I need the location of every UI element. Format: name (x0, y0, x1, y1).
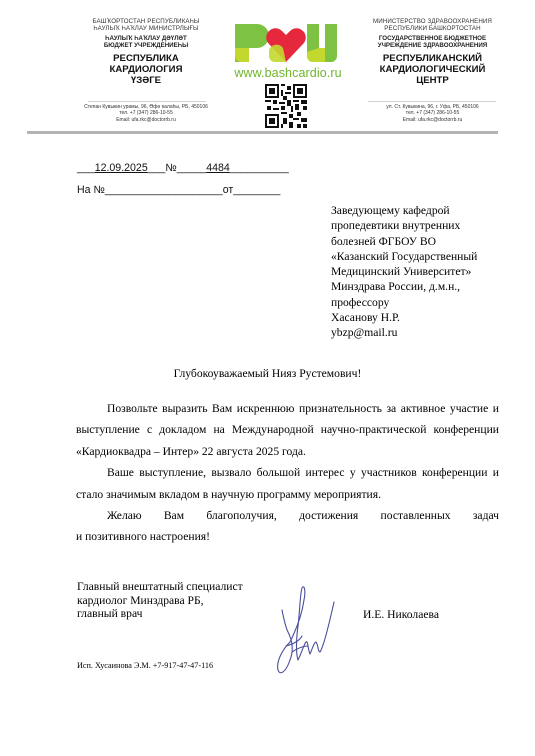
position-line: кардиолог Минздрава РБ, (77, 594, 243, 608)
position-line: главный врач (77, 607, 243, 621)
left-name-line3: ҮЗӘГЕ (66, 75, 226, 86)
body-paragraph: и позитивного настроения! (76, 526, 499, 547)
addressee-line: Медицинский Университет» (331, 264, 521, 279)
reply-number-blank: ____________________ (105, 184, 223, 196)
addressee-line: «Казанский Государственный (331, 249, 521, 264)
letterhead-bottom-bar (27, 131, 498, 134)
right-institution-line2: УЧРЕЖДЕНИЕ ЗДРАВООХРАНЕНИЯ (350, 42, 515, 49)
left-institution-line2: БЮДЖЕТ УЧРЕЖДЕНИЕҺЫ (66, 42, 226, 49)
addressee-line: Заведующему кафедрой (331, 203, 521, 218)
left-divider (88, 101, 206, 102)
letter-number: 4484 (206, 162, 230, 174)
letter-body: Позвольте выразить Вам искреннюю признат… (76, 398, 499, 548)
reply-label: На № (77, 184, 105, 196)
number-suffix-blank: __________ (230, 162, 289, 174)
addressee-line: Минздрава России, д.м.н., (331, 279, 521, 294)
greeting: Глубокоуважаемый Нияз Рустемович! (0, 367, 535, 380)
right-contacts: ул. Ст. Кувыкина, 96, г. Уфа, РБ, 450106… (350, 104, 515, 123)
left-name-line2: КАРДИОЛОГИЯ (66, 64, 226, 75)
date-prefix-blank: ___ (77, 162, 95, 174)
position-line: Главный внештатный специалист (77, 580, 243, 594)
number-label: № (165, 162, 176, 174)
number-prefix-blank: _____ (177, 162, 206, 174)
executor-info: Исп. Хусаинова Э.М. +7-917-47-47-116 (77, 661, 213, 670)
signatory-name: И.Е. Николаева (363, 608, 439, 621)
letter-date: 12.09.2025 (95, 162, 148, 174)
rkc-logo-icon (233, 20, 341, 66)
reply-date-blank: ________ (233, 184, 280, 196)
left-name-line1: РЕСПУБЛИКА (66, 53, 226, 64)
reply-from-label: от (223, 184, 234, 196)
left-ministry-line1: БАШҠОРТОСТАН РЕСПУБЛИКАҺЫ (66, 18, 226, 25)
addressee-name: Хасанову Н.Р. (331, 310, 521, 325)
website-link[interactable]: www.bashcardio.ru (229, 66, 347, 80)
body-paragraph: Позвольте выразить Вам искреннюю признат… (76, 398, 499, 462)
left-contacts: Степан Кувыкин урамы, 96, Өфө ҡалаһы, РБ… (60, 104, 232, 123)
body-paragraph: Желаю Вам благополучия, достижения поста… (76, 505, 499, 526)
right-divider (368, 101, 496, 102)
right-institution-line1: ГОСУДАРСТВЕННОЕ БЮДЖЕТНОЕ (350, 35, 515, 42)
right-name-line3: ЦЕНТР (350, 75, 515, 86)
right-email: Email: ufa.rkc@doctorrb.ru (350, 117, 515, 123)
qr-code-icon (265, 84, 307, 128)
letterhead-right: МИНИСТЕРСТВО ЗДРАВООХРАНЕНИЯ РЕСПУБЛИКИ … (350, 18, 515, 86)
addressee-block: Заведующему кафедрой пропедевтики внутре… (331, 203, 521, 341)
right-name-line1: РЕСПУБЛИКАНСКИЙ (350, 53, 515, 64)
left-ministry-line2: ҺАУЛЫҠ ҺАҠЛАУ МИНИСТРЛЫҒЫ (66, 25, 226, 32)
date-suffix-blank: ___ (148, 162, 166, 174)
outgoing-reference: ___12.09.2025___№_____4484__________ (77, 162, 289, 174)
body-paragraph: Ваше выступление, вызвало большой интере… (76, 462, 499, 505)
left-institution-line1: ҺАУЛЫҠ ҺАҠЛАУ ДӘҮЛӘТ (66, 35, 226, 42)
right-name-line2: КАРДИОЛОГИЧЕСКИЙ (350, 64, 515, 75)
incoming-reference: На №____________________от________ (77, 184, 280, 196)
right-ministry-line2: РЕСПУБЛИКИ БАШКОРТОСТАН (350, 25, 515, 32)
addressee-line: пропедевтики внутренних (331, 218, 521, 233)
addressee-email[interactable]: ybzp@mail.ru (331, 325, 521, 340)
addressee-line: болезней ФГБОУ ВО (331, 234, 521, 249)
right-ministry-line1: МИНИСТЕРСТВО ЗДРАВООХРАНЕНИЯ (350, 18, 515, 25)
handwritten-signature-icon (268, 580, 348, 680)
signatory-position: Главный внештатный специалист кардиолог … (77, 580, 243, 621)
addressee-line: профессору (331, 295, 521, 310)
left-email: Email: ufa.rkc@doctorrb.ru (60, 117, 232, 123)
letterhead-left: БАШҠОРТОСТАН РЕСПУБЛИКАҺЫ ҺАУЛЫҠ ҺАҠЛАУ … (66, 18, 226, 86)
